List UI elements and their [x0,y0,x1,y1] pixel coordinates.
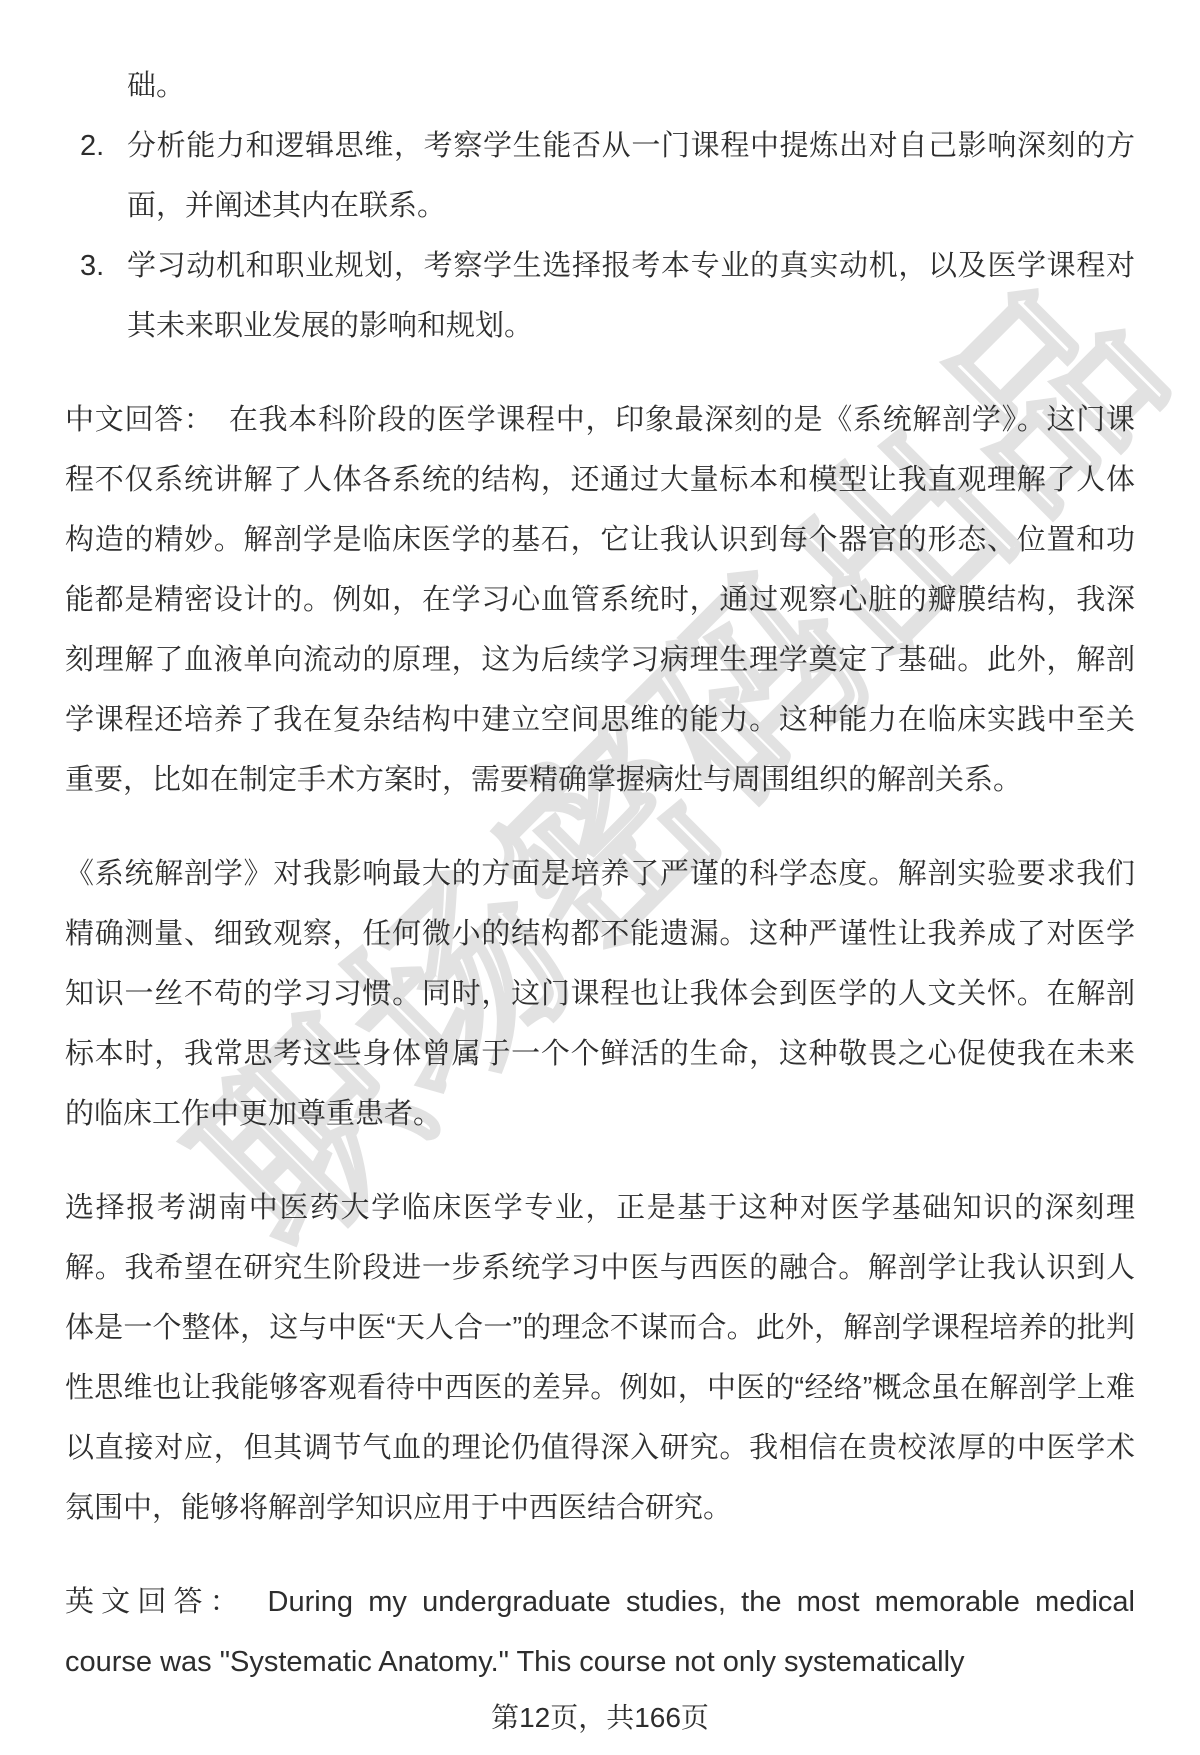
list-item-text: 分析能力和逻辑思维，考察学生能否从一门课程中提炼出对自己影响深刻的方面，并阐述其… [127,130,1135,222]
paragraph-anatomy-influence: 《系统解剖学》对我影响最大的方面是培养了严谨的科学态度。解剖实验要求我们精确测量… [65,844,1135,1144]
page-content: 础。 2. 分析能力和逻辑思维，考察学生能否从一门课程中提炼出对自己影响深刻的方… [0,0,1200,1738]
list-item-continuation: 础。 [65,56,1135,116]
list-item: 2. 分析能力和逻辑思维，考察学生能否从一门课程中提炼出对自己影响深刻的方面，并… [65,116,1135,236]
list-item-number: 3. [80,236,104,296]
paragraph-english-answer: 英文回答： During my undergraduate studies, t… [65,1572,1135,1692]
list-item-text: 学习动机和职业规划，考察学生选择报考本专业的真实动机，以及医学课程对其未来职业发… [127,250,1135,342]
list-item-number: 2. [80,116,104,176]
paragraph-application-reason: 选择报考湖南中医药大学临床医学专业，正是基于这种对医学基础知识的深刻理解。我希望… [65,1178,1135,1538]
document-page: 职场密码出品 础。 2. 分析能力和逻辑思维，考察学生能否从一门课程中提炼出对自… [0,0,1200,1755]
list-item: 3. 学习动机和职业规划，考察学生选择报考本专业的真实动机，以及医学课程对其未来… [65,236,1135,356]
paragraph-chinese-answer: 中文回答： 在我本科阶段的医学课程中，印象最深刻的是《系统解剖学》。这门课程不仅… [65,390,1135,810]
page-number: 第12页，共166页 [65,1698,1135,1738]
